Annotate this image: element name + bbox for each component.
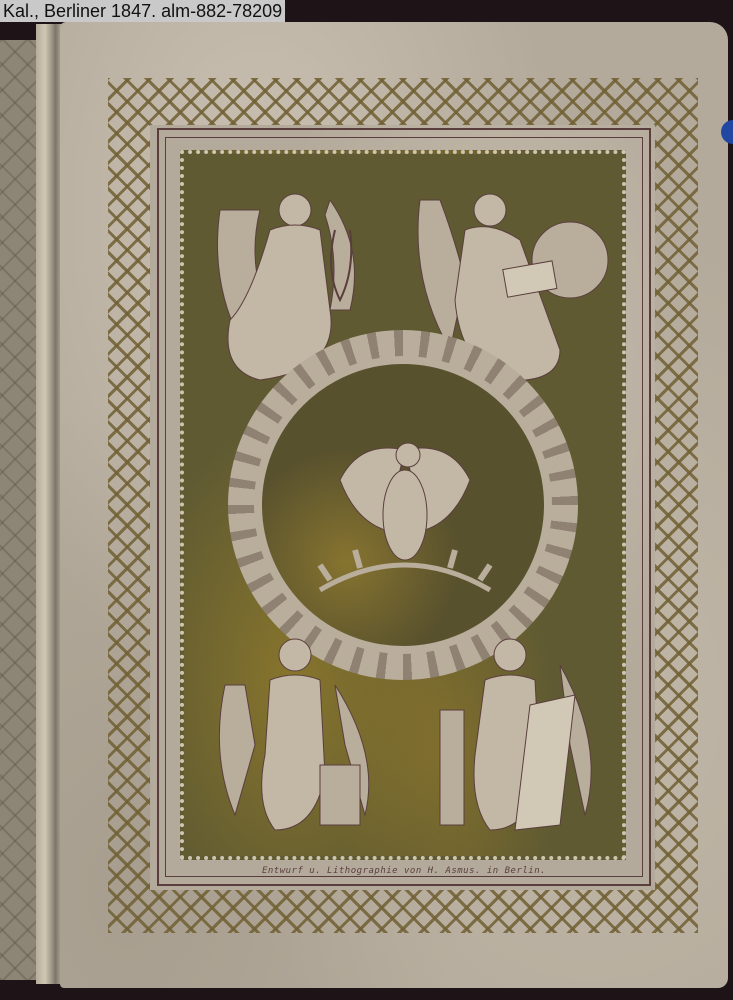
lithographer-credit: Entwurf u. Lithographie von H. Asmus. in… <box>165 862 643 880</box>
eagle-with-laurel-branches-icon <box>300 420 510 610</box>
kneeling-angel-with-altar-icon <box>205 625 385 840</box>
spine-edge <box>36 24 62 984</box>
archive-caption-label: Kal., Berliner 1847. alm-882-78209 <box>0 0 285 22</box>
book-spine <box>0 40 40 980</box>
angel-with-column-and-scroll-icon <box>410 625 610 840</box>
